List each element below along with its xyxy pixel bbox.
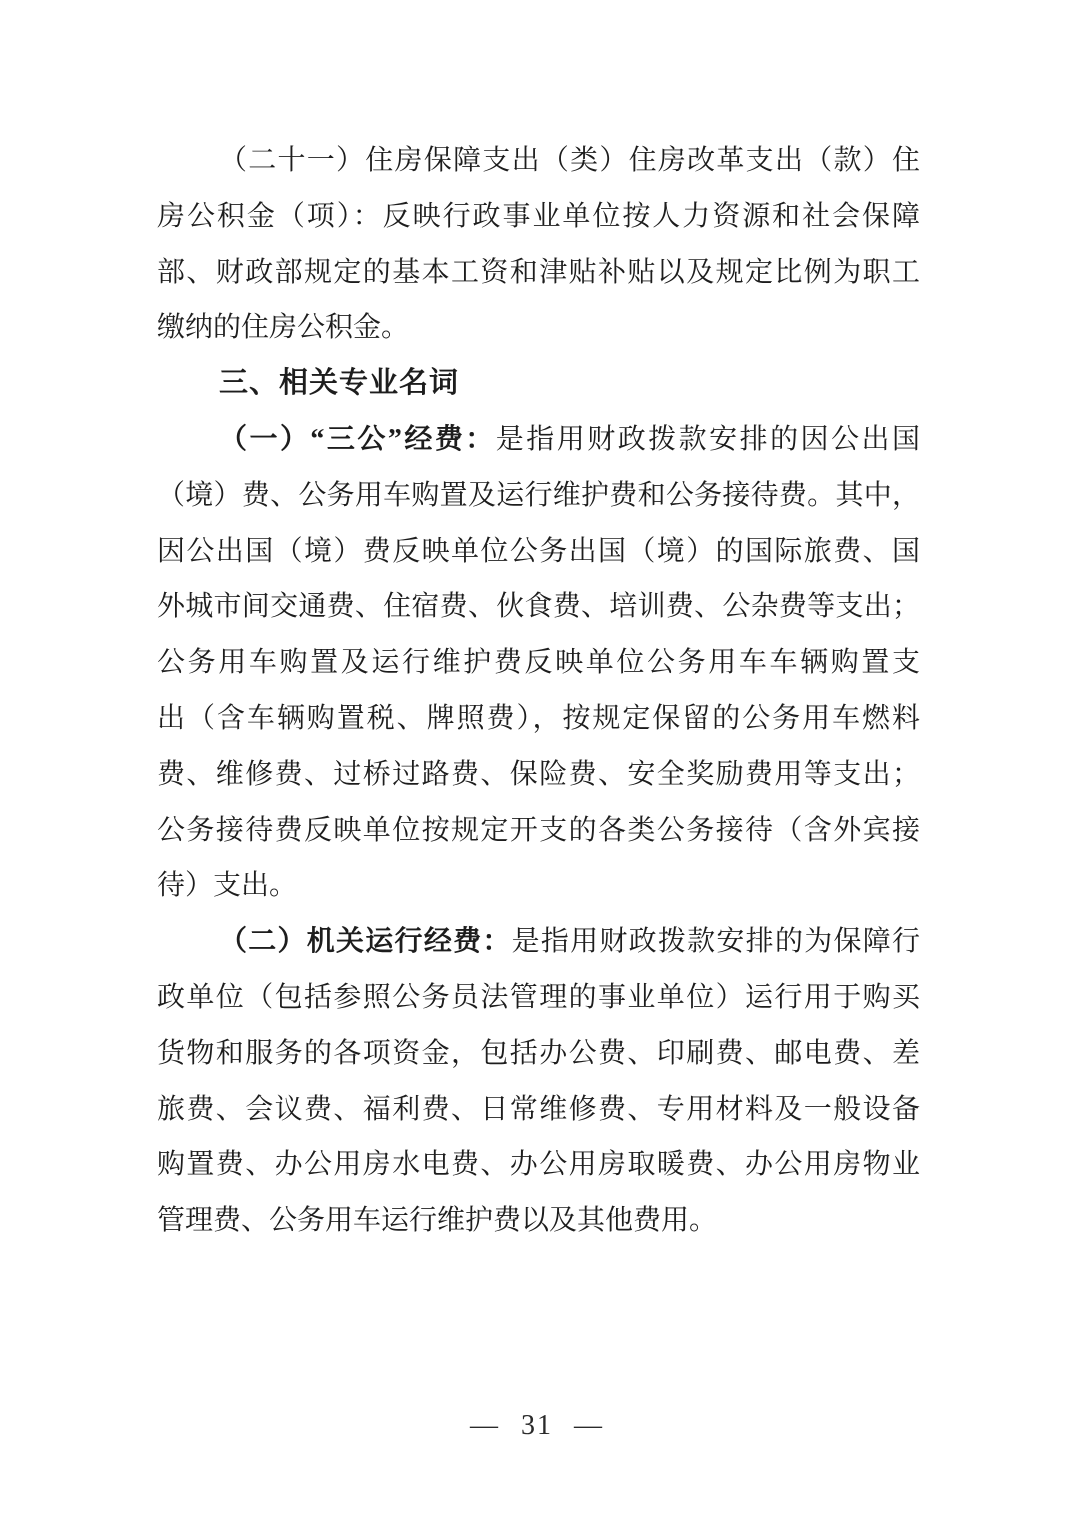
text-run: 费、维修费、过桥过路费、保险费、安全奖励费用等支出； <box>157 759 920 790</box>
text-run: 公务接待费反映单位按规定开支的各类公务接待（含外宾接 <box>157 815 920 846</box>
text-line: 费、维修费、过桥过路费、保险费、安全奖励费用等支出； <box>157 747 920 803</box>
text-line: （一）“三公”经费：是指用财政拨款安排的因公出国 <box>157 412 920 468</box>
text-line: 旅费、会议费、福利费、日常维修费、专用材料及一般设备 <box>157 1082 920 1138</box>
text-line: 公务用车购置及运行维护费反映单位公务用车车辆购置支 <box>157 635 920 691</box>
document-body: （二十一）住房保障支出（类）住房改革支出（款）住房公积金（项）：反映行政事业单位… <box>157 133 920 1249</box>
text-line: （二十一）住房保障支出（类）住房改革支出（款）住 <box>157 133 920 189</box>
text-run: 货物和服务的各项资金，包括办公费、印刷费、邮电费、差 <box>157 1038 920 1069</box>
text-line: 购置费、办公用房水电费、办公用房取暖费、办公用房物业 <box>157 1137 920 1193</box>
text-line: 管理费、公务用车运行维护费以及其他费用。 <box>157 1193 920 1249</box>
text-line: 政单位（包括参照公务员法管理的事业单位）运行用于购买 <box>157 970 920 1026</box>
text-run: 购置费、办公用房水电费、办公用房取暖费、办公用房物业 <box>157 1149 920 1180</box>
text-run: 是指用财政拨款安排的因公出国 <box>496 424 920 455</box>
text-line: 货物和服务的各项资金，包括办公费、印刷费、邮电费、差 <box>157 1026 920 1082</box>
text-run: 外城市间交通费、住宿费、伙食费、培训费、公杂费等支出； <box>157 591 920 622</box>
text-run: 部、财政部规定的基本工资和津贴补贴以及规定比例为职工 <box>157 257 920 288</box>
text-line: 房公积金（项）：反映行政事业单位按人力资源和社会保障 <box>157 189 920 245</box>
text-line: （二）机关运行经费：是指用财政拨款安排的为保障行 <box>157 914 920 970</box>
text-line: 待）支出。 <box>157 858 920 914</box>
text-run: 缴纳的住房公积金。 <box>157 312 409 343</box>
text-run: （二十一）住房保障支出（类）住房改革支出（款）住 <box>219 145 920 176</box>
text-run: 待）支出。 <box>157 870 297 901</box>
text-line: 缴纳的住房公积金。 <box>157 300 920 356</box>
section-heading: 三、相关专业名词 <box>157 356 920 412</box>
text-line: 因公出国（境）费反映单位公务出国（境）的国际旅费、国 <box>157 524 920 580</box>
text-run: 公务用车购置及运行维护费反映单位公务用车车辆购置支 <box>157 647 920 678</box>
text-run: 政单位（包括参照公务员法管理的事业单位）运行用于购买 <box>157 982 920 1013</box>
text-run: 房公积金（项）：反映行政事业单位按人力资源和社会保障 <box>157 201 920 232</box>
text-line: 出（含车辆购置税、牌照费），按规定保留的公务用车燃料 <box>157 691 920 747</box>
bold-text-run: （一）“三公”经费： <box>219 424 496 455</box>
bold-text-run: 三、相关专业名词 <box>219 367 459 399</box>
text-line: （境）费、公务用车购置及运行维护费和公务接待费。其中， <box>157 468 920 524</box>
page-number-text: — 31 — <box>470 1410 604 1441</box>
text-line: 外城市间交通费、住宿费、伙食费、培训费、公杂费等支出； <box>157 579 920 635</box>
text-run: 因公出国（境）费反映单位公务出国（境）的国际旅费、国 <box>157 536 920 567</box>
text-run: 管理费、公务用车运行维护费以及其他费用。 <box>157 1205 717 1236</box>
text-run: 是指用财政拨款安排的为保障行 <box>512 926 920 957</box>
text-run: 出（含车辆购置税、牌照费），按规定保留的公务用车燃料 <box>157 703 920 734</box>
text-run: （境）费、公务用车购置及运行维护费和公务接待费。其中， <box>157 480 920 511</box>
page-number: — 31 — <box>0 1406 1074 1446</box>
text-line: 公务接待费反映单位按规定开支的各类公务接待（含外宾接 <box>157 803 920 859</box>
bold-text-run: （二）机关运行经费： <box>219 926 512 957</box>
document-page: （二十一）住房保障支出（类）住房改革支出（款）住房公积金（项）：反映行政事业单位… <box>0 0 1074 1520</box>
text-run: 旅费、会议费、福利费、日常维修费、专用材料及一般设备 <box>157 1094 920 1125</box>
text-line: 部、财政部规定的基本工资和津贴补贴以及规定比例为职工 <box>157 245 920 301</box>
